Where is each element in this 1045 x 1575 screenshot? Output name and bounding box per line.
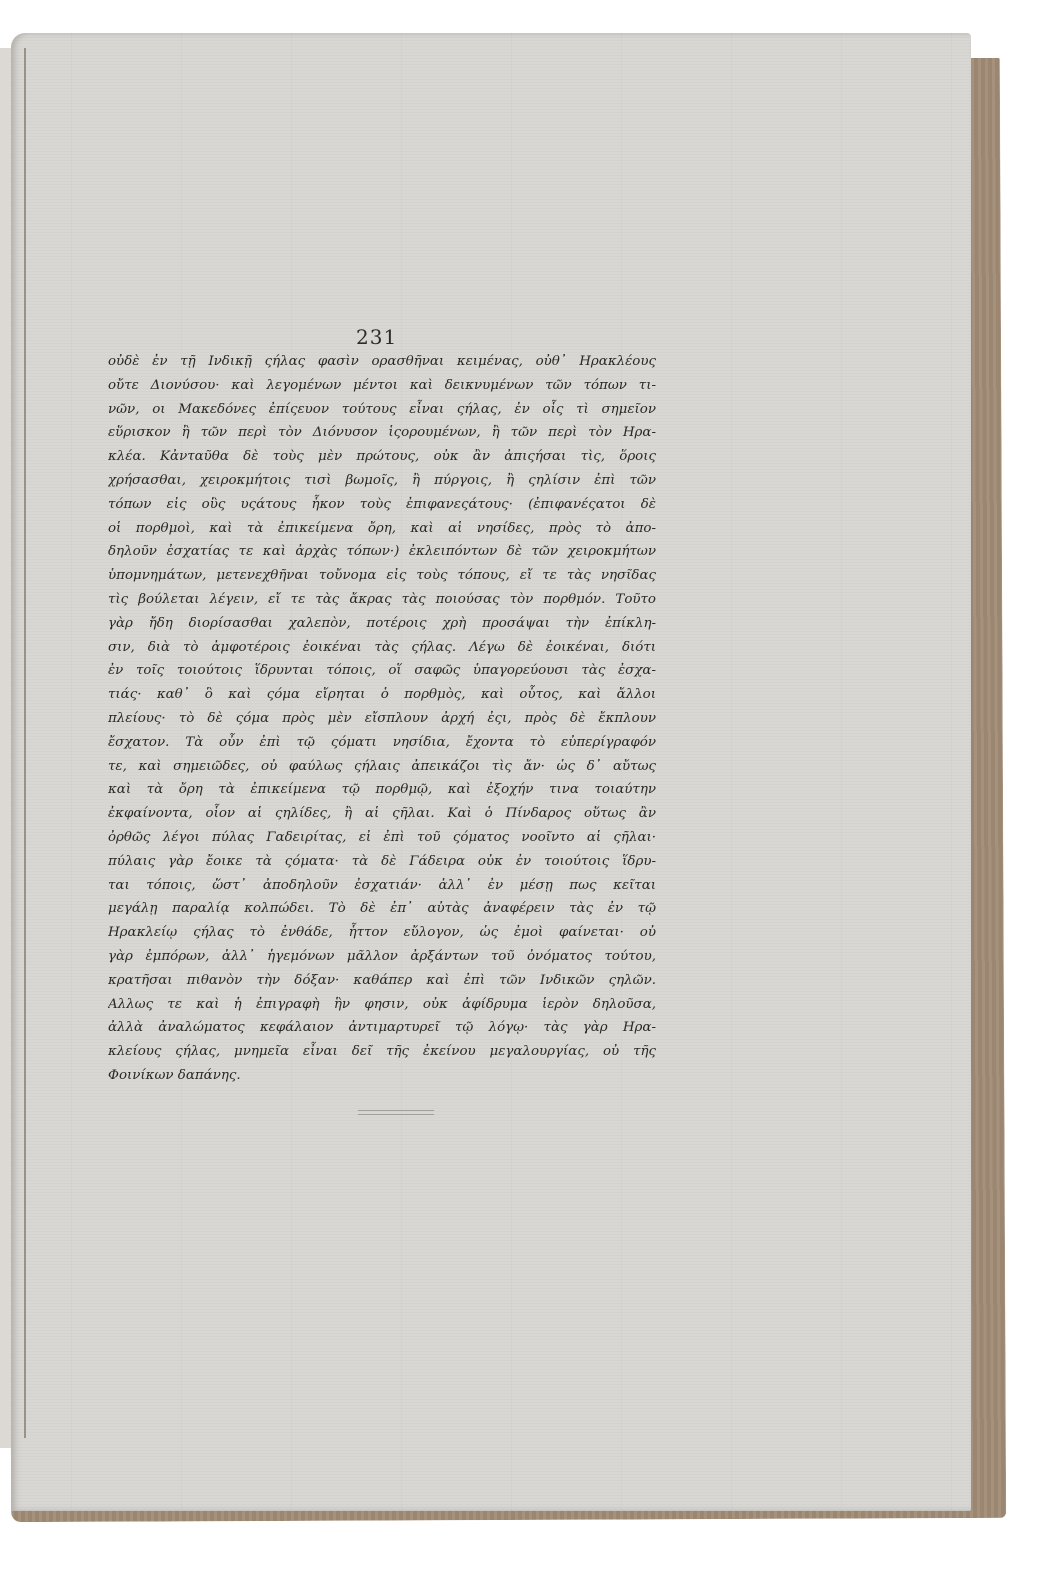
text-line: ὀρθῶς λέγοι πύλας Γαδειρίτας, εἰ ἐπὶ τοῦ… [108, 826, 656, 850]
text-line: Ηρακλείῳ ςήλας τὸ ἐνθάδε, ἧττον εὔλογον,… [108, 921, 656, 945]
text-line: οὔτε Διονύσου· καὶ λεγομένων μέντοι καὶ … [108, 374, 656, 398]
text-line: σιν, διὰ τὸ ἀμφοτέροις ἐοικέναι τὰς ςήλα… [108, 636, 656, 660]
text-line: τόπων εἰς οὓς υςάτους ἧκον τοὺς ἐπιφανες… [108, 493, 656, 517]
text-line: κρατῆσαι πιθανὸν τὴν δόξαν· καθάπερ καὶ … [108, 969, 656, 993]
text-line: γὰρ ἐμπόρων, ἀλλ᾽ ἡγεμόνων μᾶλλον ἀρξάντ… [108, 945, 656, 969]
text-line: ἀλλὰ ἀναλώματος κεφάλαιον ἀντιμαρτυρεῖ τ… [108, 1016, 656, 1040]
text-line: πλείους· τὸ δὲ ςόμα πρὸς μὲν εἴσπλουν ἀρ… [108, 707, 656, 731]
text-line: γὰρ ἤδη διορίσασθαι χαλεπὸν, ποτέροις χρ… [108, 612, 656, 636]
text-line: δηλοῦν ἐσχατίας τε καὶ ἀρχὰς τόπων·) ἐκλ… [108, 540, 656, 564]
text-line: τιάς· καθ᾽ ὃ καὶ ςόμα εἴρηται ὁ πορθμὸς,… [108, 683, 656, 707]
text-line: νῶν, οι Μακεδόνες ἐπίςευον τούτους εἶναι… [108, 398, 656, 422]
page-number: 231 [356, 325, 397, 349]
text-line: πύλαις γὰρ ἔοικε τὰ ςόματα· τὰ δὲ Γάδειρ… [108, 850, 656, 874]
section-end-rule [358, 1110, 434, 1115]
text-line: Φοινίκων δαπάνης. [108, 1064, 656, 1088]
text-line: τε, καὶ σημειῶδες, οὐ φαύλως ςήλαις ἀπει… [108, 755, 656, 779]
text-line: ἐκφαίνοντα, οἷον αἱ ςηλίδες, ἢ αἱ ςῆλαι.… [108, 802, 656, 826]
text-line: καὶ τὰ ὄρη τὰ ἐπικείμενα τῷ πορθμῷ, καὶ … [108, 778, 656, 802]
text-line: οὐδὲ ἐν τῇ Ινδικῇ ςήλας φασὶν ορασθῆναι … [108, 350, 656, 374]
text-line: κλέα. Κἀνταῦθα δὲ τοὺς μὲν πρώτους, οὐκ … [108, 445, 656, 469]
text-line: ται τόποις, ὥστ᾽ ἀποδηλοῦν ἐσχατιάν· ἀλλ… [108, 874, 656, 898]
gutter-fold [24, 48, 26, 1438]
text-line: ὑπομνημάτων, μετενεχθῆναι τοὔνομα εἰς το… [108, 564, 656, 588]
text-line: ἔσχατον. Τὰ οὖν ἐπὶ τῷ ςόματι νησίδια, ἔ… [108, 731, 656, 755]
greek-text-block: οὐδὲ ἐν τῇ Ινδικῇ ςήλας φασὶν ορασθῆναι … [108, 350, 656, 1088]
text-line: ἐν τοῖς τοιούτοις ἵδρυνται τόποις, οἵ σα… [108, 659, 656, 683]
text-line: εὕρισκον ἢ τῶν περὶ τὸν Διόνυσον ἱςορουμ… [108, 421, 656, 445]
text-line: κλείους ςήλας, μνημεῖα εἶναι δεῖ τῆς ἐκε… [108, 1040, 656, 1064]
text-line: τὶς βούλεται λέγειν, εἴ τε τὰς ἄκρας τὰς… [108, 588, 656, 612]
text-line: μεγάλῃ παραλίᾳ κολπώδει. Τὸ δὲ ἐπ᾽ αὐτὰς… [108, 897, 656, 921]
text-line: οἱ πορθμοὶ, καὶ τὰ ἐπικείμενα ὄρη, καὶ α… [108, 517, 656, 541]
text-line: Αλλως τε καὶ ἡ ἐπιγραφὴ ἣν φησιν, οὐκ ἀφ… [108, 993, 656, 1017]
text-line: χρήσασθαι, χειροκμήτοις τισὶ βωμοῖς, ἢ π… [108, 469, 656, 493]
